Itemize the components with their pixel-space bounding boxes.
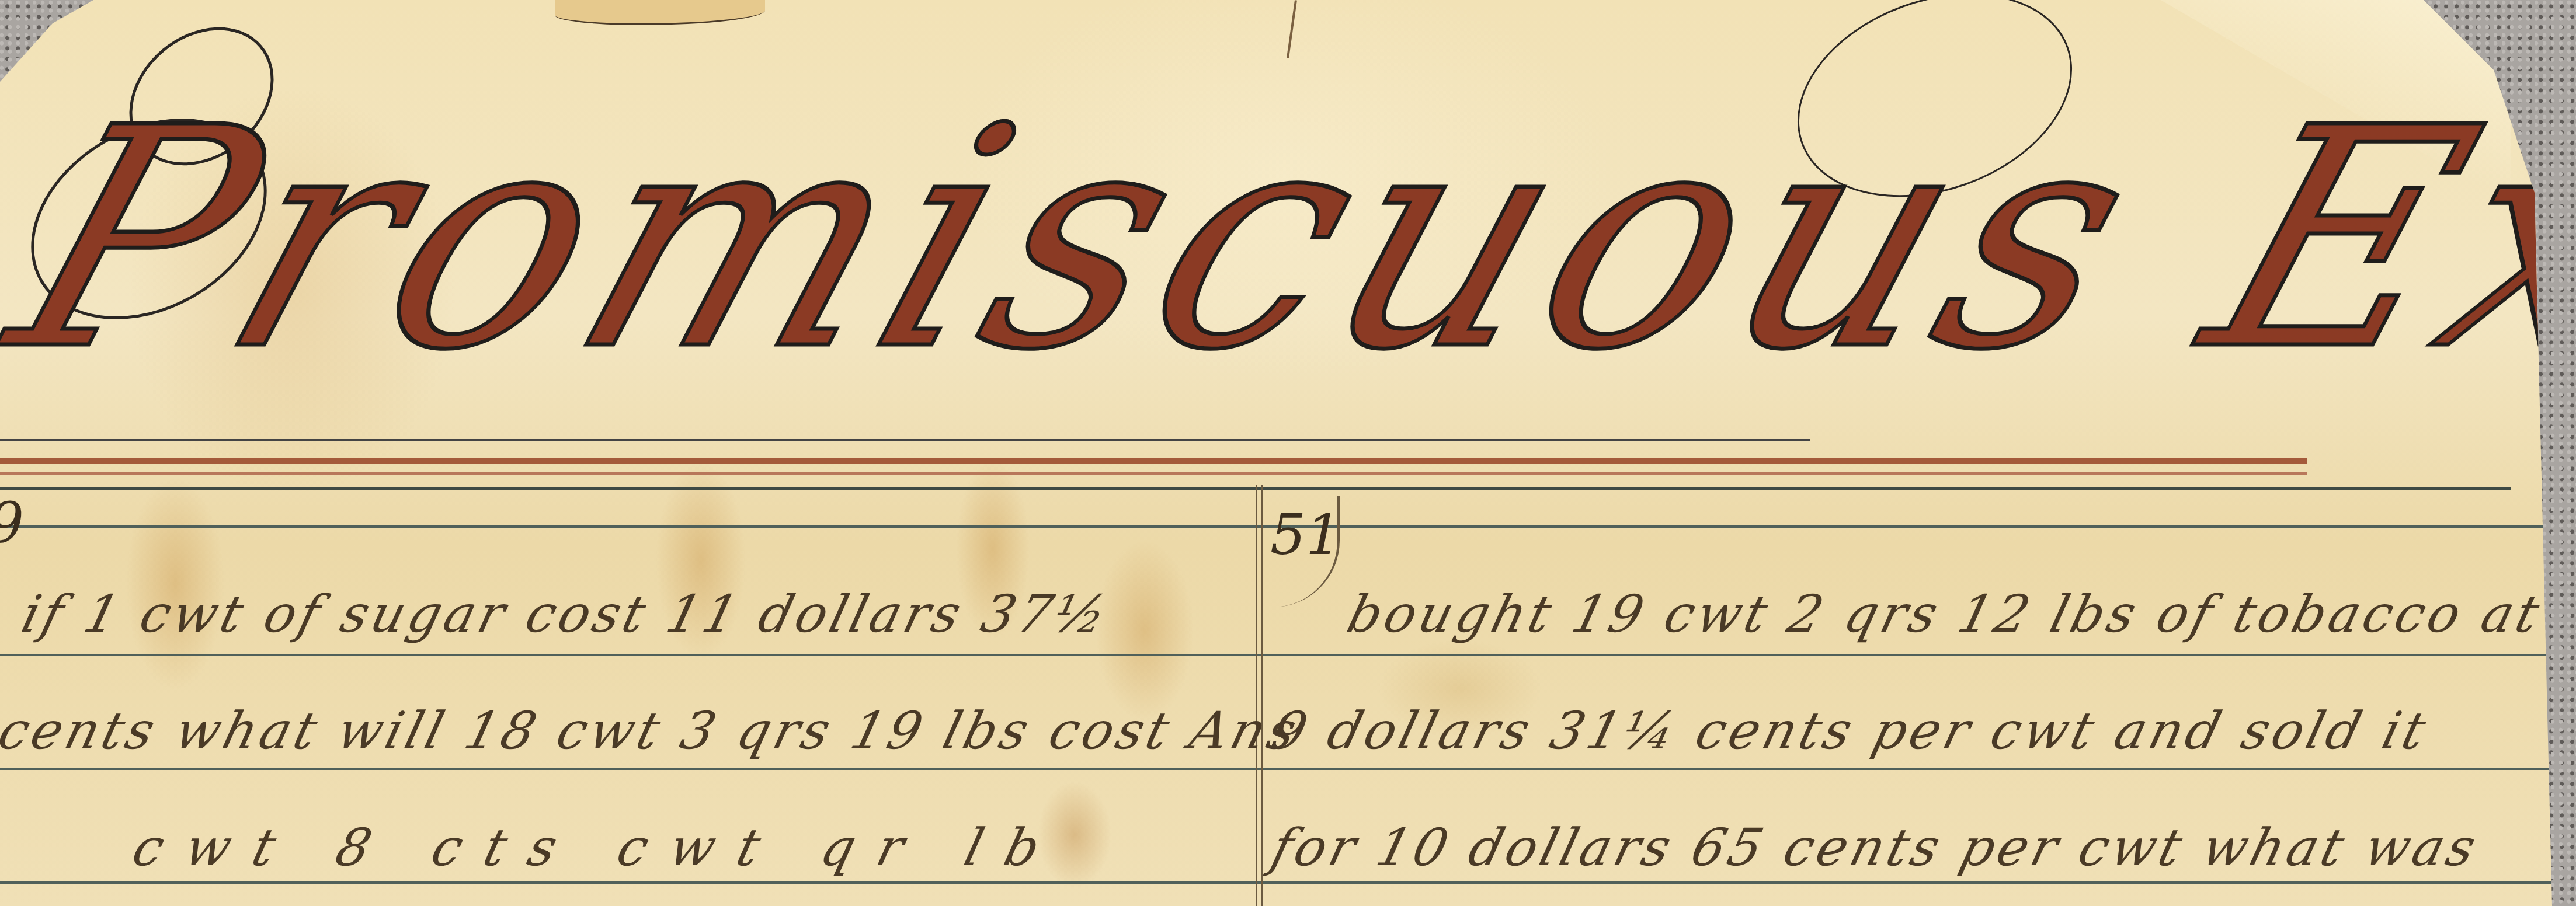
- problem-text-line: 9 dollars 31¼ cents per cwt and sold it: [1266, 701, 2435, 761]
- problem-number: 9: [0, 490, 24, 556]
- ruled-line: [0, 654, 2558, 656]
- torn-edge: [555, 0, 765, 25]
- problem-text-line: bought 19 cwt 2 qrs 12 lbs of tobacco at: [1341, 584, 2549, 644]
- problem-number: 51: [1270, 502, 1341, 567]
- red-double-rule-thin: [0, 472, 2307, 475]
- problem-text-line: if 1 cwt of sugar cost 11 dollars 37½: [16, 584, 1116, 644]
- page-title: Promiscuous Exam: [0, 53, 2576, 426]
- ruled-line: [0, 881, 2558, 884]
- title-baseline-rule: [0, 439, 1810, 441]
- red-double-rule: [0, 458, 2307, 464]
- problem-text-line: cwt 8 cts cwt qr lb: [127, 817, 1069, 877]
- ruled-line: [0, 768, 2558, 770]
- paper-page: Promiscuous Exam Promiscuous Exam 9 if 1…: [0, 0, 2576, 906]
- problem-text-line: cents what will 18 cwt 3 qrs 19 lbs cost…: [0, 701, 1306, 761]
- paper-crack: [1287, 0, 1297, 58]
- problem-text-line: for 10 dollars 65 cents per cwt what was: [1266, 817, 2485, 877]
- column-divider: [1256, 485, 1263, 906]
